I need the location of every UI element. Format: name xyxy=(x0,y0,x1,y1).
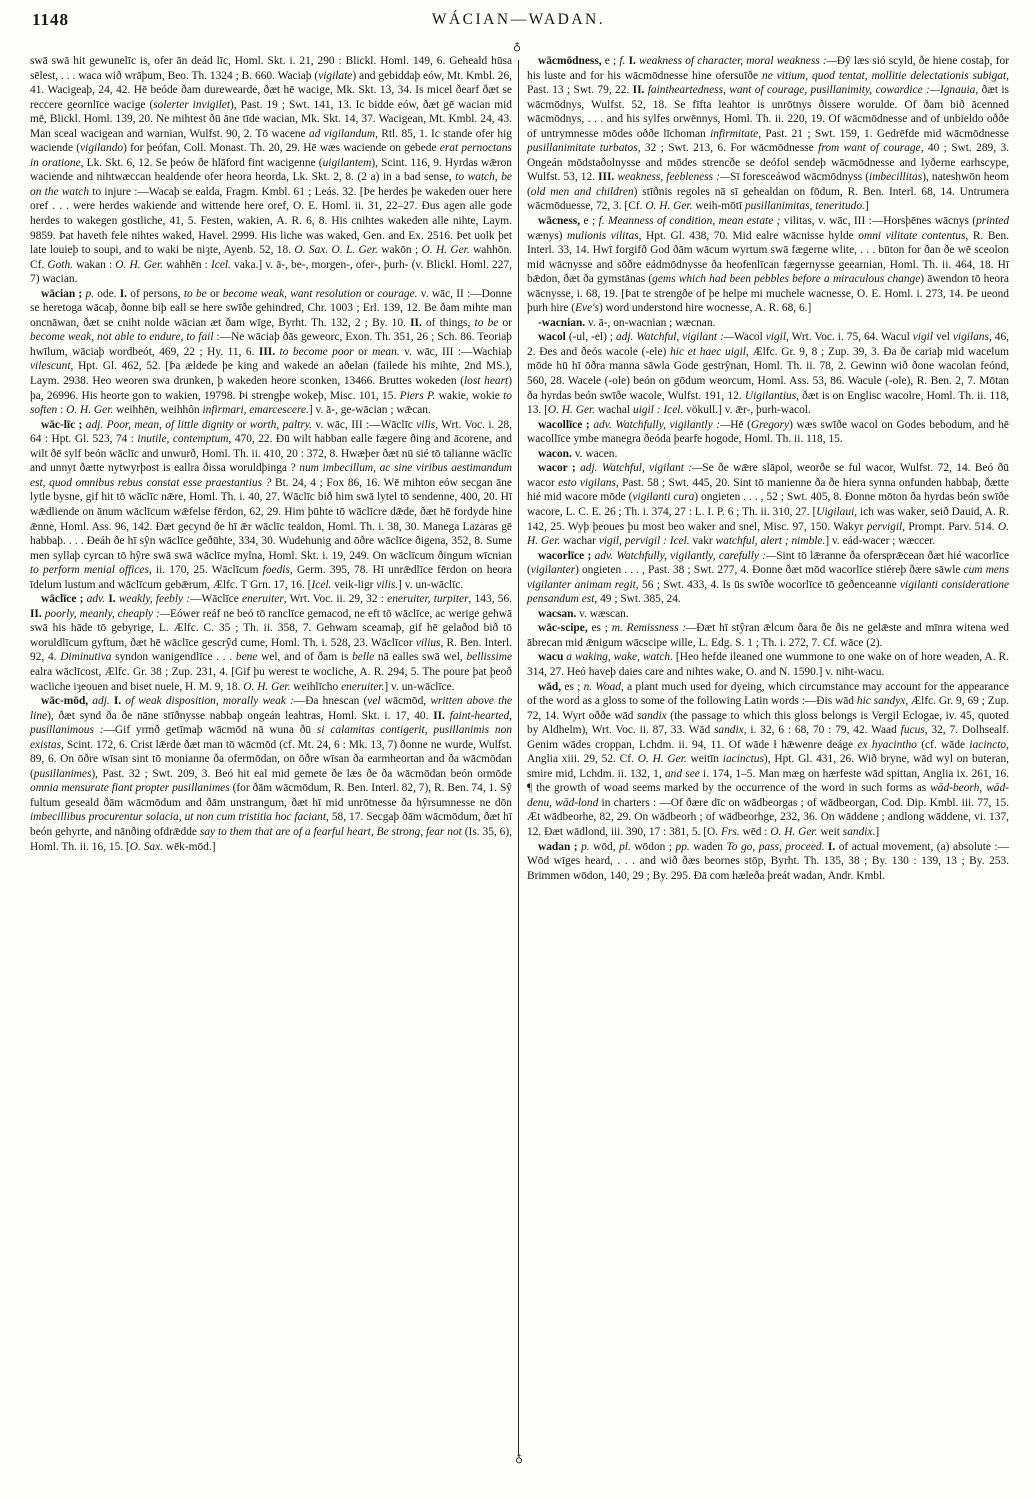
entry-wacol: wacol (-ul, -el) ; adj. Watchful, vigila… xyxy=(527,330,1009,417)
page-title: WÁCIAN—WADAN. xyxy=(30,11,1007,29)
right-column: wācmōdness, e ; f. I. weakness of charac… xyxy=(527,54,1009,883)
entry-wac-scipe: wāc-scipe, es ; m. Remissness :—Ðæt hī s… xyxy=(527,621,1009,650)
entry-wacorlice: wacorlīce ; adv. Watchfully, vigilantly,… xyxy=(527,549,1009,607)
entry-wad: wād, es ; n. Woad, a plant much used for… xyxy=(527,680,1009,840)
page-header: 1148 WÁCIAN—WADAN. xyxy=(30,10,1007,36)
entry-wac-lic: wāc-līc ; adj. Poor, mean, of little dig… xyxy=(30,418,512,593)
dictionary-page: 1148 WÁCIAN—WADAN. ♁ swā swā hit gewunel… xyxy=(0,0,1035,1500)
entry-wacian-weak: wācian ; p. ode. I. of persons, to be or… xyxy=(30,287,512,418)
collation-mark-bottom-icon: ♁ xyxy=(515,1452,523,1465)
column-divider-rule xyxy=(518,60,519,1456)
entry-wacian-continuation: swā swā hit gewunelīc is, ofer ān deád l… xyxy=(30,54,512,287)
text-columns: swā swā hit gewunelīc is, ofer ān deád l… xyxy=(30,54,1009,883)
entry-wacness: wācness, e ; f. Meanness of condition, m… xyxy=(527,214,1009,316)
entry-wacon: wacon. v. wacen. xyxy=(527,447,1009,462)
left-column: swā swā hit gewunelīc is, ofer ān deád l… xyxy=(30,54,512,883)
entry-wacnian: -wacnian. v. ā-, on-wacnian ; wæcnan. xyxy=(527,316,1009,331)
entry-wacor: wacor ; adj. Watchful, vigilant :—Se ðe … xyxy=(527,461,1009,548)
entry-wacmodness: wācmōdness, e ; f. I. weakness of charac… xyxy=(527,54,1009,214)
entry-waclice: wāclīce ; adv. I. weakly, feebly :—Wāclī… xyxy=(30,592,512,694)
entry-wadan: wadan ; p. wōd, pl. wōdon ; pp. waden To… xyxy=(527,840,1009,884)
collation-mark-top-icon: ♁ xyxy=(513,40,521,53)
entry-wacsan: wacsan. v. wæscan. xyxy=(527,607,1009,622)
entry-wacu: wacu a waking, wake, watch. [Heo hefde i… xyxy=(527,650,1009,679)
entry-wacollice: wacollīce ; adv. Watchfully, vigilantly … xyxy=(527,418,1009,447)
entry-wac-mod: wāc-mōd, adj. I. of weak disposition, mo… xyxy=(30,694,512,854)
